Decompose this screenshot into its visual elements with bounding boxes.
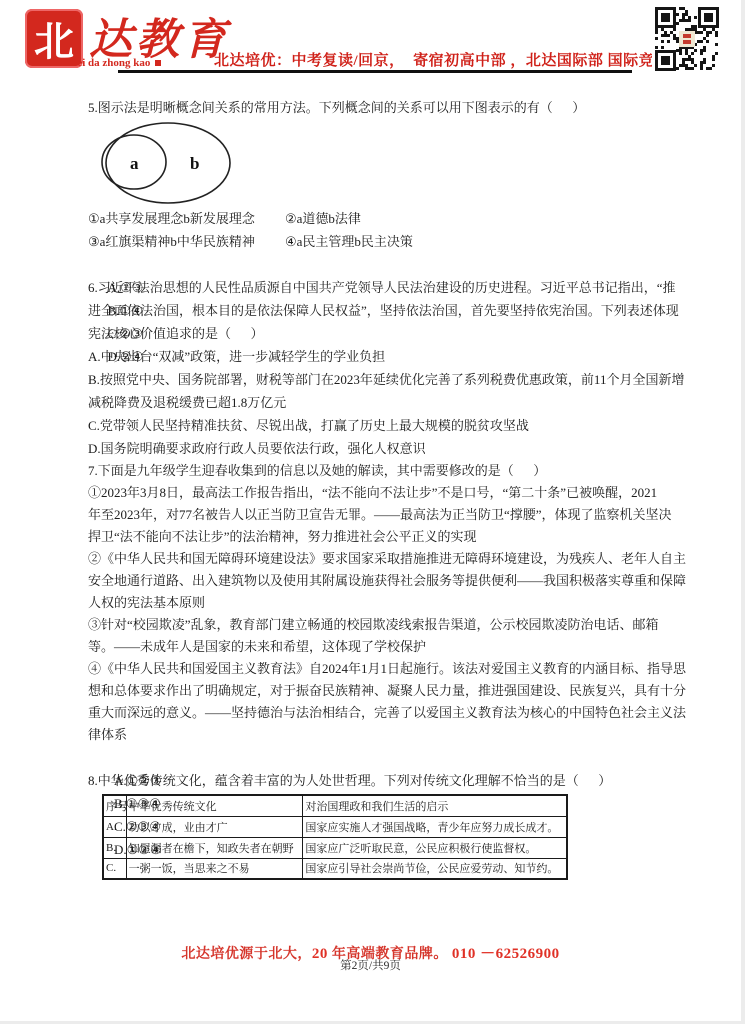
qr-center-logo: [679, 31, 695, 47]
table-row: B. 知屋漏者在檐下，知政失者在朝野 国家应广泛听取民意，公民应积极行使监督权。: [103, 837, 567, 858]
logo-subtitle-text: Bei da zhong kao: [70, 57, 150, 69]
q5-venn-diagram: a b: [88, 119, 670, 207]
q7-line: 律体系: [88, 724, 670, 746]
question-7: 7.下面是九年级学生迎春收集到的信息以及她的解读，其中需要修改的是（ ） ①20…: [88, 460, 670, 769]
table-row: A. 功以才成，业由才广 国家应实施人才强国战略，青少年应努力成长成才。: [103, 816, 567, 837]
exam-page: 北 达教育 Bei da zhong kao 北达培优：中考复读/回京， 寄宿初…: [0, 0, 745, 1024]
q6-line: 进全面依法治国，根本目的是依法保障人民权益”，坚持依法治国，首先要坚持依宪治国。…: [88, 299, 670, 322]
page-number: 第2页/共9页: [0, 957, 741, 973]
q8-row-a-inspiration: 国家应实施人才强国战略，青少年应努力成长成才。: [303, 816, 567, 837]
q7-choices: A.①②③ B.①③④ C.②③④ D.①②④: [88, 746, 670, 769]
q5-pairs-row2: ③a红旗渠精神b中华民族精神 ④a民主管理b民主决策: [88, 230, 670, 253]
q7-line: ③针对“校园欺凌”乱象，教育部门建立畅通的校园欺凌线索报告渠道，公示校园欺凌防治…: [88, 614, 670, 636]
q5-choices: A.①③ B.①④ C.②③ D.②④: [88, 253, 670, 276]
q8-row-c-inspiration: 国家应引导社会崇尚节俭，公民应爱劳动、知节约。: [303, 858, 567, 879]
qr-finder-icon: [655, 7, 676, 28]
q8-row-c-culture: 一粥一饭，当思来之不易: [126, 858, 303, 879]
q8-row-a-culture: 功以才成，业由才广: [126, 816, 303, 837]
q7-line: 人权的宪法基本原则: [88, 592, 670, 614]
logo-seal-char: 北: [34, 10, 74, 67]
q6-choice-c: C.党带领人民坚持精准扶贫、尽锐出战，打赢了历史上最大规模的脱贫攻坚战: [88, 414, 670, 437]
q6-line: 6.习近平法治思想的人民性品质源自中国共产党领导人民法治建设的历史进程。习近平总…: [88, 276, 670, 299]
q6-choice-b-cont: 减税降费及退税缓费已超1.8万亿元: [88, 391, 670, 414]
q8-stem: 8.中华优秀传统文化，蕴含着丰富的为人处世哲理。下列对传统文化理解不恰当的是（ …: [88, 769, 670, 792]
header-tagline: 北达培优：中考复读/回京， 寄宿初高中部 ，北达国际部 国际竞赛部: [214, 49, 685, 70]
q8-row-b-culture: 知屋漏者在檐下，知政失者在朝野: [126, 837, 303, 858]
qr-finder-icon: [655, 50, 676, 71]
venn-label-b: b: [190, 154, 199, 173]
logo-subtitle: Bei da zhong kao: [70, 57, 161, 69]
q8-th-culture: 中华优秀传统文化: [126, 795, 303, 816]
q8-row-b-inspiration: 国家应广泛听取民意，公民应积极行使监督权。: [303, 837, 567, 858]
q6-choice-a: A.中央出台“双减”政策，进一步减轻学生的学业负担: [88, 345, 670, 368]
q7-line: ②《中华人民共和国无障碍环境建设法》要求国家采取措施推进无障碍环境建设，为残疾人…: [88, 548, 670, 570]
qr-finder-icon: [698, 7, 719, 28]
q8-table-header-row: 序号 中华优秀传统文化 对治国理政和我们生活的启示: [103, 795, 567, 816]
logo-square-icon: [155, 60, 161, 66]
q7-line: 捍卫“法不能向不法让步”的法治精神，努力推进社会公平正义的实现: [88, 526, 670, 548]
table-row: C. 一粥一饭，当思来之不易 国家应引导社会崇尚节俭，公民应爱劳动、知节约。: [103, 858, 567, 879]
header-divider: [118, 70, 632, 73]
q7-line: 想和总体要求作出了明确规定，对于振奋民族精神、凝聚人民力量，推进强国建设、民族复…: [88, 680, 670, 702]
q5-pair-4: ④a民主管理b民主决策: [285, 230, 413, 253]
q6-choice-d: D.国务院明确要求政府行政人员要依法行政，强化人权意识: [88, 437, 670, 460]
q7-line: 安全地通行道路、出入建筑物以及使用其附属设施获得社会服务等提供便利——我国积极落…: [88, 570, 670, 592]
q8-th-inspiration: 对治国理政和我们生活的启示: [303, 795, 567, 816]
q5-pairs-row1: ①a共享发展理念b新发展理念 ②a道德b法律: [88, 207, 670, 230]
q7-line: 重大而深远的意义。——坚持德治与法治相结合，完善了以爱国主义教育法为核心的中国特…: [88, 702, 670, 724]
q6-choice-b: B.按照党中央、国务院部署，财税等部门在2023年延续优化完善了系列税费优惠政策…: [88, 368, 670, 391]
q8-th-index: 序号: [103, 795, 126, 816]
q7-line: ①2023年3月8日，最高法工作报告指出，“法不能向不法让步”不是口号，“第二十…: [88, 482, 670, 504]
venn-label-a: a: [130, 154, 139, 173]
q7-stem: 7.下面是九年级学生迎春收集到的信息以及她的解读，其中需要修改的是（ ）: [88, 460, 670, 482]
question-body: 5.图示法是明晰概念间关系的常用方法。下列概念间的关系可以用下图表示的有（ ） …: [88, 96, 670, 880]
question-6: 6.习近平法治思想的人民性品质源自中国共产党领导人民法治建设的历史进程。习近平总…: [88, 276, 670, 460]
q7-line: 年至2023年，对77名被告人以正当防卫宣告无罪。——最高法为正当防卫“撑腰”，…: [88, 504, 670, 526]
q5-pair-1: ①a共享发展理念b新发展理念: [88, 207, 285, 230]
q6-line: 宪法核心价值追求的是（ ）: [88, 322, 670, 345]
q5-stem: 5.图示法是明晰概念间关系的常用方法。下列概念间的关系可以用下图表示的有（ ）: [88, 96, 670, 119]
qr-code: [652, 4, 722, 74]
venn-outer-ellipse: [106, 123, 230, 203]
q7-line: ④《中华人民共和国爱国主义教育法》自2024年1月1日起施行。该法对爱国主义教育…: [88, 658, 670, 680]
q5-pair-2: ②a道德b法律: [285, 207, 361, 230]
q5-pair-3: ③a红旗渠精神b中华民族精神: [88, 230, 285, 253]
q7-line: 等。——未成年人是国家的未来和希望，这体现了学校保护: [88, 636, 670, 658]
